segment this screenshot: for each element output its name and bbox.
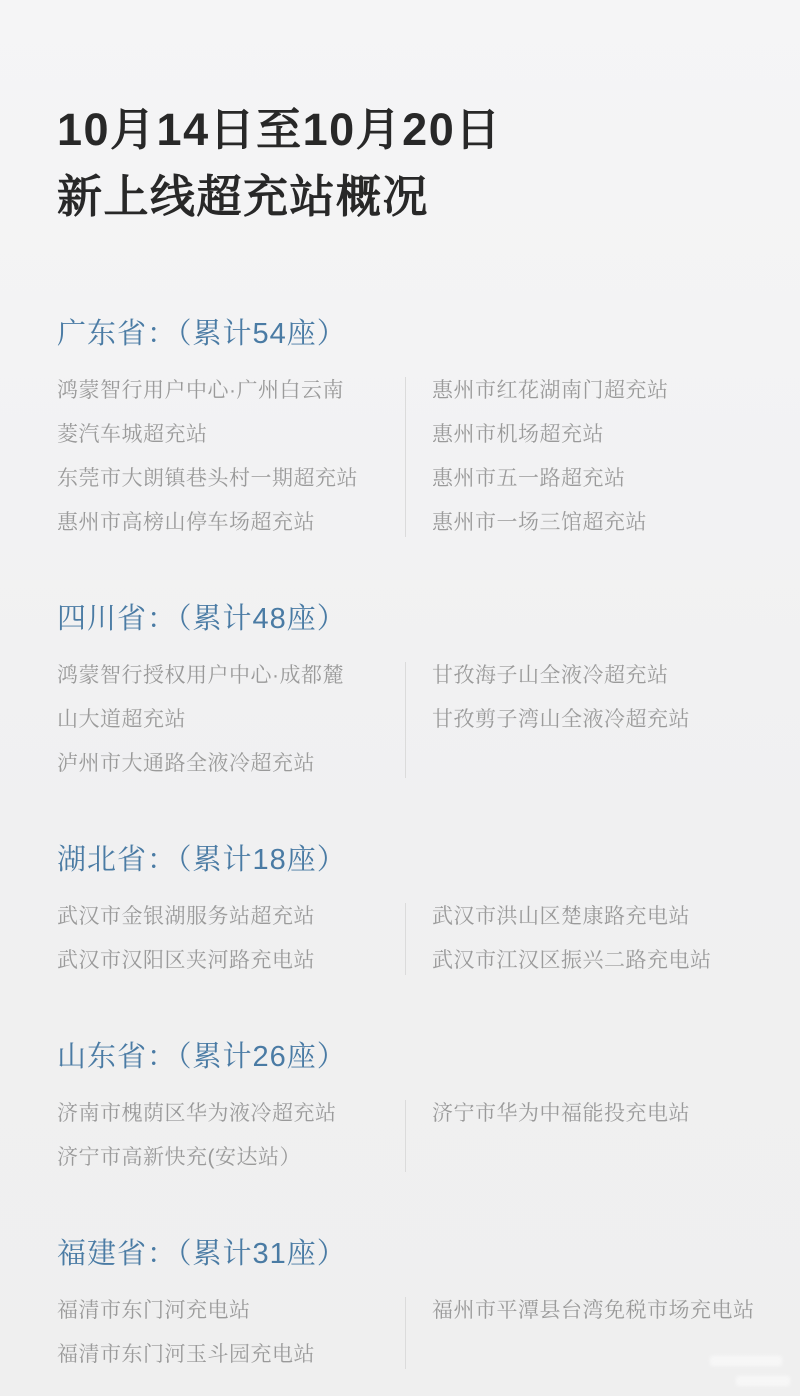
- station-item: 济宁市华为中福能投充电站: [432, 1092, 762, 1136]
- station-item: 菱汽车城超充站: [57, 413, 405, 457]
- station-column-left: 武汉市金银湖服务站超充站 武汉市汉阳区夹河路充电站: [57, 895, 405, 983]
- station-column-right: 武汉市洪山区楚康路充电站 武汉市江汉区振兴二路充电站: [406, 895, 762, 983]
- page-title-line2: 新上线超充站概况: [57, 163, 800, 230]
- province-section-shandong: 山东省：（累计26座） 济南市槐荫区华为液冷超充站 济宁市高新快充(安达站） 济…: [57, 1037, 762, 1180]
- station-item: 泸州市大通路全液冷超充站: [57, 742, 405, 786]
- station-item: 惠州市一场三馆超充站: [432, 501, 762, 545]
- station-item: 山大道超充站: [57, 698, 405, 742]
- province-section-guangdong: 广东省：（累计54座） 鸿蒙智行用户中心·广州白云南 菱汽车城超充站 东莞市大朗…: [57, 314, 762, 545]
- province-section-hubei: 湖北省：（累计18座） 武汉市金银湖服务站超充站 武汉市汉阳区夹河路充电站 武汉…: [57, 840, 762, 983]
- page-title: 10月14日至10月20日 新上线超充站概况: [0, 0, 800, 230]
- station-item: 惠州市高榜山停车场超充站: [57, 501, 405, 545]
- watermark-line: [710, 1356, 782, 1366]
- station-column-left: 鸿蒙智行用户中心·广州白云南 菱汽车城超充站 东莞市大朗镇巷头村一期超充站 惠州…: [57, 369, 405, 545]
- station-column-left: 鸿蒙智行授权用户中心·成都麓 山大道超充站 泸州市大通路全液冷超充站: [57, 654, 405, 786]
- station-columns: 福清市东门河充电站 福清市东门河玉斗园充电站 福州市平潭县台湾免税市场充电站: [57, 1289, 762, 1377]
- station-column-right: 济宁市华为中福能投充电站: [406, 1092, 762, 1180]
- station-item: 惠州市机场超充站: [432, 413, 762, 457]
- station-item: 福清市东门河玉斗园充电站: [57, 1333, 405, 1377]
- province-header-sichuan: 四川省：（累计48座）: [57, 599, 762, 639]
- province-section-sichuan: 四川省：（累计48座） 鸿蒙智行授权用户中心·成都麓 山大道超充站 泸州市大通路…: [57, 599, 762, 786]
- station-item: 武汉市洪山区楚康路充电站: [432, 895, 762, 939]
- station-item: 武汉市江汉区振兴二路充电站: [432, 939, 762, 983]
- station-item: 惠州市红花湖南门超充站: [432, 369, 762, 413]
- station-item: 鸿蒙智行授权用户中心·成都麓: [57, 654, 405, 698]
- station-item: 甘孜海子山全液冷超充站: [432, 654, 762, 698]
- province-header-shandong: 山东省：（累计26座）: [57, 1037, 762, 1077]
- station-columns: 鸿蒙智行用户中心·广州白云南 菱汽车城超充站 东莞市大朗镇巷头村一期超充站 惠州…: [57, 369, 762, 545]
- station-item: 福州市平潭县台湾免税市场充电站: [432, 1289, 762, 1333]
- station-column-left: 福清市东门河充电站 福清市东门河玉斗园充电站: [57, 1289, 405, 1377]
- station-column-left: 济南市槐荫区华为液冷超充站 济宁市高新快充(安达站）: [57, 1092, 405, 1180]
- station-item: 鸿蒙智行用户中心·广州白云南: [57, 369, 405, 413]
- station-column-right: 福州市平潭县台湾免税市场充电站: [406, 1289, 762, 1377]
- station-item: 济南市槐荫区华为液冷超充站: [57, 1092, 405, 1136]
- watermark: [710, 1356, 790, 1386]
- page-title-line1: 10月14日至10月20日: [57, 96, 800, 163]
- province-section-fujian: 福建省：（累计31座） 福清市东门河充电站 福清市东门河玉斗园充电站 福州市平潭…: [57, 1234, 762, 1377]
- station-item: 惠州市五一路超充站: [432, 457, 762, 501]
- station-item: 济宁市高新快充(安达站）: [57, 1136, 405, 1180]
- station-columns: 鸿蒙智行授权用户中心·成都麓 山大道超充站 泸州市大通路全液冷超充站 甘孜海子山…: [57, 654, 762, 786]
- station-column-right: 甘孜海子山全液冷超充站 甘孜剪子湾山全液冷超充站: [406, 654, 762, 786]
- station-item: 武汉市金银湖服务站超充站: [57, 895, 405, 939]
- station-item: 武汉市汉阳区夹河路充电站: [57, 939, 405, 983]
- watermark-line: [736, 1376, 790, 1386]
- station-columns: 武汉市金银湖服务站超充站 武汉市汉阳区夹河路充电站 武汉市洪山区楚康路充电站 武…: [57, 895, 762, 983]
- province-header-fujian: 福建省：（累计31座）: [57, 1234, 762, 1274]
- province-header-hubei: 湖北省：（累计18座）: [57, 840, 762, 880]
- station-columns: 济南市槐荫区华为液冷超充站 济宁市高新快充(安达站） 济宁市华为中福能投充电站: [57, 1092, 762, 1180]
- station-item: 福清市东门河充电站: [57, 1289, 405, 1333]
- station-item: 东莞市大朗镇巷头村一期超充站: [57, 457, 405, 501]
- province-header-guangdong: 广东省：（累计54座）: [57, 314, 762, 354]
- station-column-right: 惠州市红花湖南门超充站 惠州市机场超充站 惠州市五一路超充站 惠州市一场三馆超充…: [406, 369, 762, 545]
- station-item: 甘孜剪子湾山全液冷超充站: [432, 698, 762, 742]
